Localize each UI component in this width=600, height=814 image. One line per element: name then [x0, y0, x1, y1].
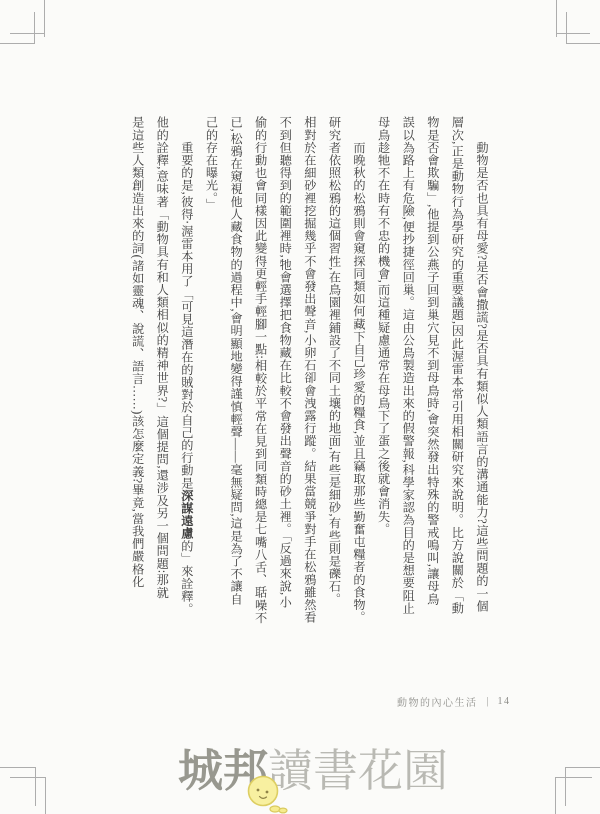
- text-column: 偷的行動也會同樣因此變得更輕手輕腳一點:相較於平常在見到同類時總是七嘴八舌、聒噪…: [248, 116, 273, 632]
- publisher-watermark: 城邦讀書花園: [178, 748, 448, 793]
- trim-mark-line: [556, 33, 590, 34]
- book-page: 動物是否也具有母愛?是否會撒謊?是否具有類似人類語言的溝通能力?這些問題的一個 …: [0, 0, 600, 814]
- trim-mark-line: [565, 767, 600, 768]
- footer-divider: |: [487, 696, 489, 707]
- trim-mark-line: [565, 767, 566, 806]
- text-column: 層次,正是動物行為學研究的重要議題,因此渥雷本常引用相關研究來說明。比方說關於「…: [445, 116, 470, 632]
- text-column: 物是否會欺騙」,他提到公燕子回到巢穴見不到母鳥時,會突然發出特殊的警戒鳴叫,讓母…: [420, 116, 445, 632]
- trim-mark-line: [10, 33, 44, 34]
- text-column: 母鳥趁牠不在時有不忠的機會,而這種疑慮通常在母鳥下了蛋之後就會消失。: [371, 116, 396, 632]
- text-segment: 的」來詮釋。: [180, 540, 194, 616]
- trim-mark-line: [0, 767, 35, 768]
- text-column: 是這些人類創造出來的詞(諸如靈魂、說謊、語言……)該怎麼定義?畢竟,當我們嚴格化: [125, 116, 150, 632]
- text-column: 已,松鴉在窺視他人藏食物的過程中,會明顯地變得謹慎輕聲——毫無疑問,這是為了不讓…: [223, 116, 248, 632]
- trim-mark-line: [555, 777, 592, 778]
- trim-mark-line: [45, 777, 46, 814]
- running-title: 動物的內心生活: [397, 694, 478, 709]
- text-column: 誤以為路上有危險,便抄捷徑回巢。這由公鳥製造出來的假警報,科學家認為目的是想要阻…: [396, 116, 421, 632]
- trim-mark-line: [555, 777, 556, 814]
- text-segment: 重要的是,彼得‧渥雷本用了「可見這潛在的賊對於自己的行動是: [180, 116, 194, 489]
- text-column: 己的存在曝光。」: [199, 116, 224, 632]
- text-column: 重要的是,彼得‧渥雷本用了「可見這潛在的賊對於自己的行動是深謀遠慮的」來詮釋。: [174, 116, 199, 632]
- trim-mark-line: [44, 0, 45, 37]
- watermark-brand-light: 讀書花園: [268, 745, 448, 796]
- text-column: 研究者依照松鴉的這個習性,在鳥園裡鋪設了不同土壤的地面,有些是細砂,有些則是礫石…: [322, 116, 347, 632]
- trim-mark-line: [0, 43, 34, 44]
- bold-phrase: 深謀遠慮: [180, 489, 194, 539]
- trim-mark-line: [10, 777, 45, 778]
- text-column: 而晚秋的松鴉則會窺探同類如何藏下自己珍愛的糧食,並且竊取那些勤奮屯糧者的食物。: [346, 116, 371, 632]
- text-column: 相對於在細砂裡挖掘幾乎不會發出聲音,小卵石卻會洩露行蹤。結果當競爭對手在松鴉雖然…: [297, 116, 322, 632]
- page-footer: 動物的內心生活 | 14: [397, 694, 511, 709]
- page-number: 14: [498, 696, 511, 707]
- trim-mark-line: [566, 12, 567, 44]
- text-column: 他的詮釋,意味著「動物具有和人類相似的精神世界?」這個提問,還涉及另一個問題:那…: [150, 116, 175, 632]
- trim-mark-line: [566, 43, 600, 44]
- text-column: 不到但聽得到的範圍裡時,牠會選擇把食物藏在比較不會發出聲音的砂土裡。「反過來說,…: [273, 116, 298, 632]
- trim-mark-line: [35, 767, 36, 806]
- article-text: 動物是否也具有母愛?是否會撒謊?是否具有類似人類語言的溝通能力?這些問題的一個 …: [124, 116, 494, 632]
- chick-flower-mascot-icon: [246, 775, 292, 814]
- trim-mark-line: [556, 0, 557, 37]
- text-column: 動物是否也具有母愛?是否會撒謊?是否具有類似人類語言的溝通能力?這些問題的一個: [469, 116, 494, 632]
- trim-mark-line: [34, 12, 35, 44]
